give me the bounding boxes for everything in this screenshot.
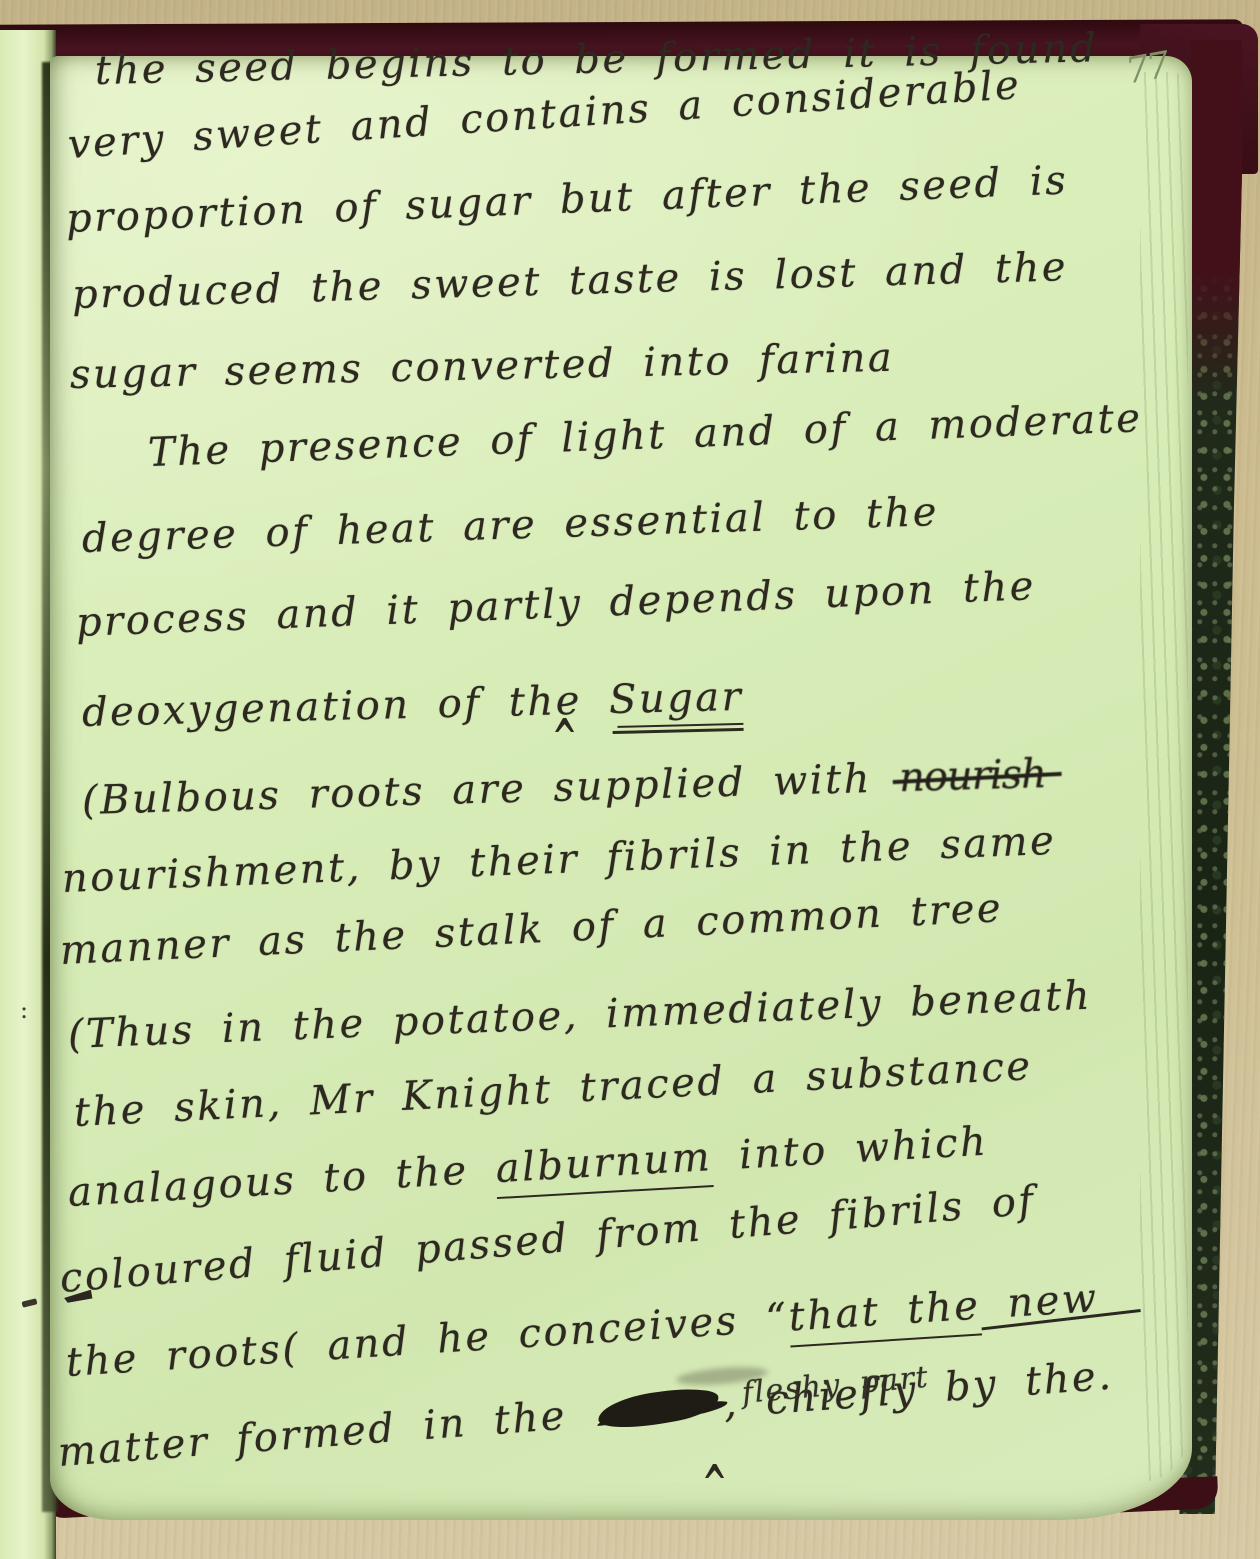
- manuscript-photo: 77 the seed begins to be formed it is fo…: [0, 0, 1260, 1559]
- insertion-caret: ^: [552, 710, 577, 770]
- insertion-caret: ^: [702, 1456, 727, 1516]
- ink-blot: [596, 1382, 722, 1433]
- stray-ink-mark: :: [20, 996, 28, 1024]
- page-number: 77: [1123, 45, 1171, 93]
- underlined-word: Sugar: [608, 674, 744, 734]
- struck-word: nourish: [898, 751, 1046, 801]
